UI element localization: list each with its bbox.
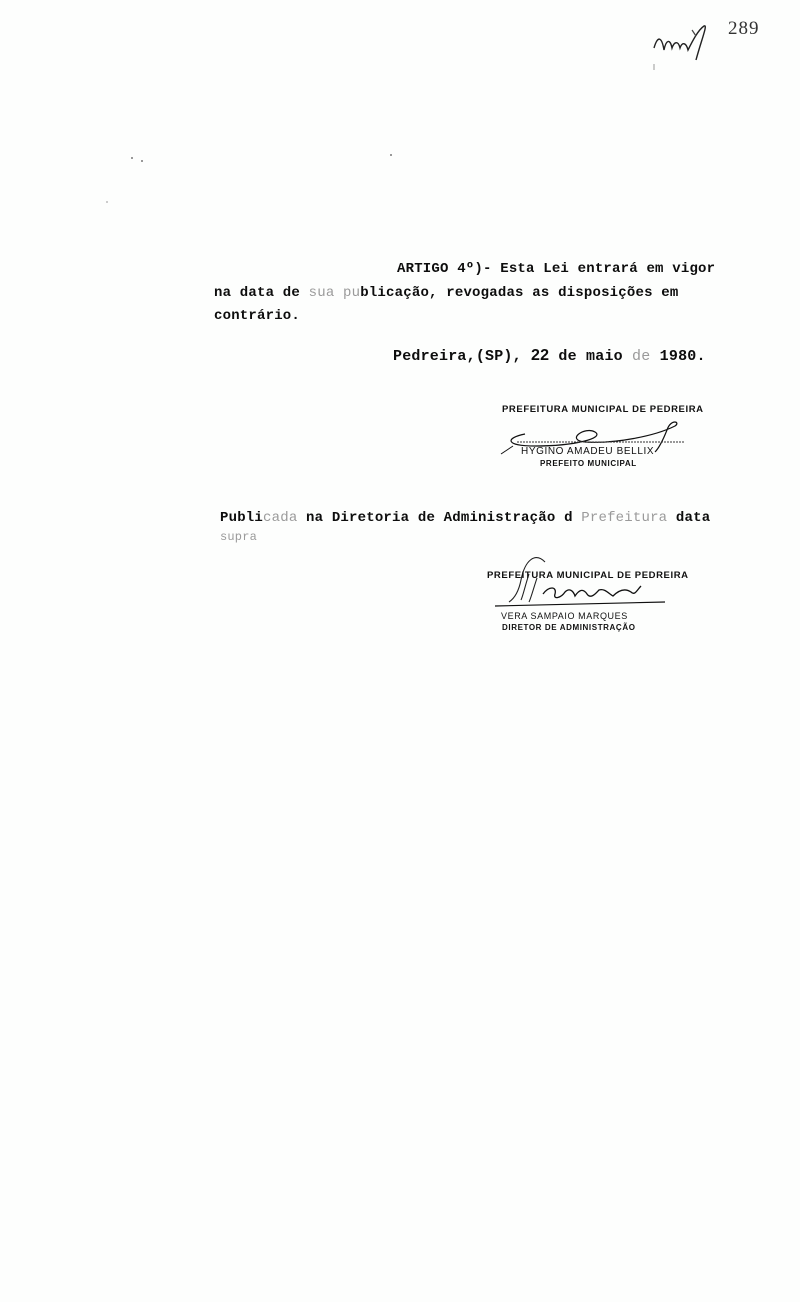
publication-line-1: Publicada na Diretoria de Administração … (220, 510, 710, 526)
page-number: 289 (728, 18, 760, 40)
article-line-2-faded: sua pu (300, 285, 360, 301)
dateline-day: 22 (531, 347, 549, 364)
publication-b: na Diretoria de Administração d (297, 510, 572, 526)
mayor-title: PREFEITO MUNICIPAL (540, 459, 637, 468)
dateline-faded: de (623, 348, 651, 365)
dateline: Pedreira,(SP), 22 de maio de 1980. (393, 347, 706, 365)
publication-line-2: supra (220, 530, 257, 544)
handwritten-rubric-icon (652, 20, 722, 70)
article-line-2: na data de sua publicação, revogadas as … (214, 285, 679, 301)
article-line-3: contrário. (214, 308, 300, 324)
article-line-1: ARTIGO 4º)- Esta Lei entrará em vigor (397, 261, 715, 277)
director-title: DIRETOR DE ADMINISTRAÇÃO (502, 623, 636, 632)
dateline-month: de maio (549, 348, 623, 365)
mayor-name: HYGINO AMADEU BELLIX (521, 446, 654, 457)
article-line-2-b: blicação, revogadas as disposições em (360, 285, 678, 301)
dateline-year: 1980. (650, 348, 705, 365)
publication-a: Publi (220, 510, 263, 526)
director-stamp-institution: PREFEITURA MUNICIPAL DE PEDREIRA (487, 570, 689, 581)
publication-faded-1: cada (263, 510, 297, 526)
dateline-place: Pedreira,(SP), (393, 348, 522, 365)
director-signature-icon (485, 550, 675, 615)
publication-c: data (667, 510, 710, 526)
publication-faded-2: Prefeitura (573, 510, 668, 526)
article-line-2-a: na data de (214, 285, 300, 301)
director-name: VERA SAMPAIO MARQUES (501, 611, 628, 621)
